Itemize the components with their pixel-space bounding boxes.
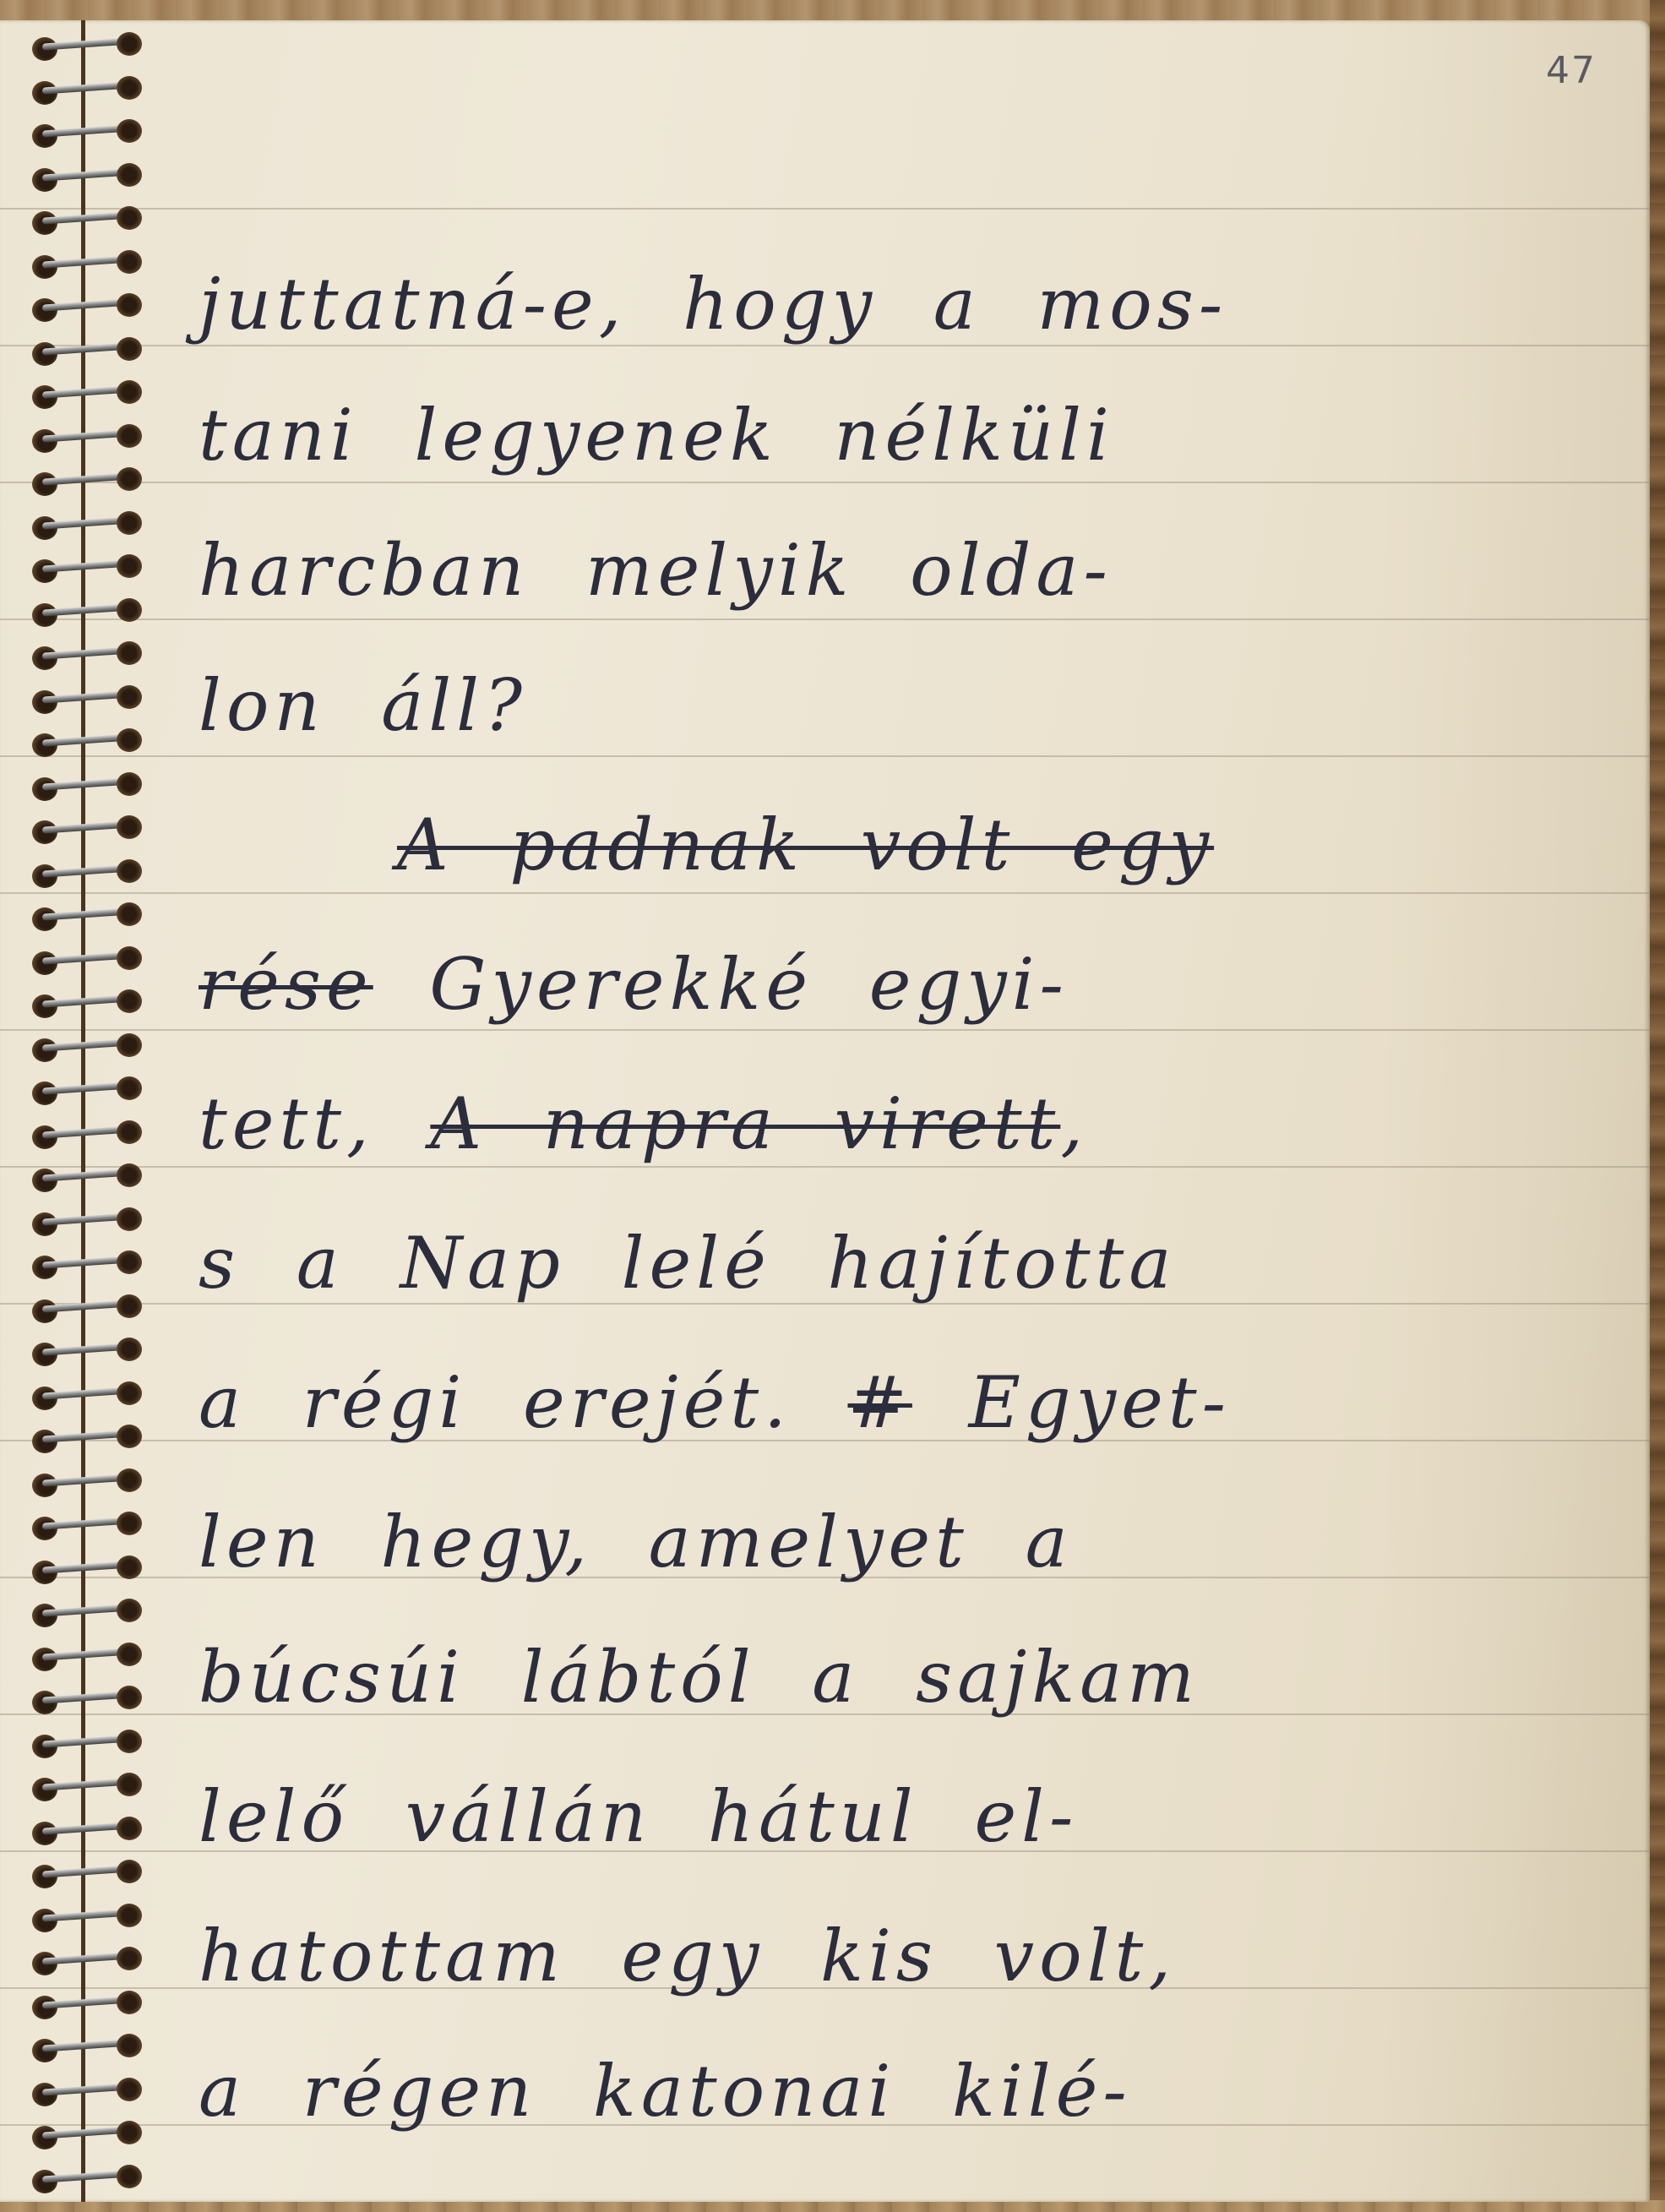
spiral-ring-icon	[32, 1994, 142, 2019]
spiral-ring-icon	[32, 689, 142, 714]
handwritten-word: len hegy, amelyet a	[199, 1501, 1073, 1583]
spiral-ring-icon	[32, 384, 142, 409]
punch-hole	[117, 2034, 142, 2057]
struck-through-text: A padnak volt egy	[397, 804, 1214, 886]
punch-hole	[117, 76, 142, 100]
spiral-ring-icon	[32, 253, 142, 279]
handwritten-word: hatottam egy kis volt,	[199, 1915, 1176, 1997]
punch-hole	[117, 1512, 142, 1535]
spiral-ring-icon	[32, 341, 142, 366]
spiral-ring-icon	[32, 602, 142, 627]
spiral-ring-icon	[32, 35, 142, 61]
handwritten-word: Egyet-	[912, 1361, 1231, 1444]
punch-hole	[117, 1773, 142, 1796]
punch-hole	[117, 815, 142, 839]
wooden-table-bottom-edge	[0, 2200, 1665, 2212]
spiral-ring-icon	[32, 1776, 142, 1801]
spiral-ring-icon	[32, 1515, 142, 1540]
handwritten-line: tett, A napra virett,	[199, 1060, 1584, 1187]
spiral-ring-icon	[32, 1559, 142, 1584]
spiral-ring-icon	[32, 1907, 142, 1932]
spiral-ring-icon	[32, 515, 142, 540]
spiral-ring-icon	[32, 1863, 142, 1888]
spiral-ring-icon	[32, 1167, 142, 1192]
punch-hole	[117, 206, 142, 230]
punch-hole	[117, 1468, 142, 1492]
spiral-ring-icon	[32, 1602, 142, 1627]
punch-hole	[117, 1338, 142, 1361]
punch-hole	[117, 1120, 142, 1144]
wooden-table-right-edge	[1650, 0, 1665, 2212]
spiral-ring-icon	[32, 1341, 142, 1366]
punch-hole	[117, 1643, 142, 1666]
spiral-ring-icon	[32, 79, 142, 105]
spiral-ring-icon	[32, 993, 142, 1018]
handwritten-word: a régi erejét.	[199, 1361, 847, 1444]
punch-hole	[117, 119, 142, 143]
spiral-ring-icon	[32, 1211, 142, 1236]
spiral-ring-icon	[32, 297, 142, 322]
handwritten-word: juttatná-e, hogy a mos-	[199, 263, 1227, 346]
spiral-ring-icon	[32, 863, 142, 888]
spiral-ring-icon	[32, 1080, 142, 1105]
spiral-ring-icon	[32, 1733, 142, 1758]
handwritten-line: lon áll?	[199, 642, 1584, 769]
spiral-ring-icon	[32, 1646, 142, 1671]
spiral-ring-icon	[32, 1950, 142, 1975]
punch-hole	[117, 728, 142, 752]
handwritten-line: A padnak volt egy	[397, 782, 1665, 908]
punch-hole	[117, 946, 142, 970]
punch-hole	[117, 1294, 142, 1318]
punch-hole	[117, 1904, 142, 1927]
spiral-ring-icon	[32, 123, 142, 148]
punch-hole	[117, 293, 142, 317]
punch-hole	[117, 1817, 142, 1840]
spiral-ring-icon	[32, 558, 142, 583]
spiral-ring-icon	[32, 166, 142, 192]
punch-hole	[117, 1686, 142, 1709]
handwritten-word: Gyerekké egyi-	[373, 943, 1069, 1026]
spiral-ring-icon	[32, 471, 142, 496]
punch-hole	[117, 1599, 142, 1622]
punch-hole	[117, 1730, 142, 1753]
spiral-ring-icon	[32, 1820, 142, 1845]
spiral-ring-icon	[32, 1472, 142, 1497]
punch-hole	[117, 337, 142, 361]
spiral-ring-icon	[32, 1037, 142, 1062]
punch-hole	[117, 598, 142, 622]
punch-hole	[117, 32, 142, 56]
spiral-ring-icon	[32, 1689, 142, 1714]
handwritten-word: a régen katonai kilé-	[199, 2050, 1132, 2133]
punch-hole	[117, 424, 142, 448]
punch-hole	[117, 1947, 142, 1970]
struck-through-text: #	[847, 1361, 911, 1444]
handwritten-line: búcsúi lábtól a sajkam	[199, 1614, 1584, 1741]
handwritten-line: s a Nap lelé hajította	[199, 1200, 1584, 1327]
struck-through-text: rése	[199, 943, 373, 1026]
punch-hole	[117, 554, 142, 578]
punch-hole	[117, 2121, 142, 2144]
punch-hole	[117, 1033, 142, 1057]
handwritten-word: lon áll?	[199, 664, 527, 747]
spiral-ring-icon	[32, 819, 142, 844]
punch-hole	[117, 859, 142, 883]
spiral-ring-icon	[32, 428, 142, 453]
handwritten-word: tett,	[199, 1082, 430, 1165]
handwritten-line: hatottam egy kis volt,	[199, 1893, 1584, 2019]
spiral-ring-icon	[32, 645, 142, 670]
spiral-ring-icon	[32, 1428, 142, 1453]
spiral-ring-icon	[32, 2081, 142, 2106]
punch-hole	[117, 2078, 142, 2101]
punch-hole	[117, 163, 142, 187]
punch-hole	[117, 1207, 142, 1231]
spiral-ring-icon	[32, 210, 142, 235]
spiral-binding-icon	[32, 20, 142, 2202]
spiral-ring-icon	[32, 1254, 142, 1279]
punch-hole	[117, 1425, 142, 1448]
spiral-ring-icon	[32, 950, 142, 975]
punch-hole	[117, 1555, 142, 1579]
page-number: 47	[1546, 49, 1597, 92]
punch-hole	[117, 1076, 142, 1100]
handwritten-line: lelő vállán hátul el-	[199, 1753, 1584, 1880]
punch-hole	[117, 467, 142, 491]
punch-hole	[117, 641, 142, 665]
punch-hole	[117, 1860, 142, 1883]
handwritten-line: harcban melyik olda-	[199, 507, 1584, 634]
spiral-ring-icon	[32, 2168, 142, 2193]
handwritten-word: búcsúi lábtól a sajkam	[199, 1636, 1200, 1719]
handwritten-word: tani legyenek nélküli	[199, 394, 1114, 477]
handwritten-line: tani legyenek nélküli	[199, 372, 1584, 499]
handwritten-line: len hegy, amelyet a	[199, 1479, 1584, 1605]
handwritten-word: harcban melyik olda-	[199, 529, 1113, 612]
punch-hole	[117, 1250, 142, 1274]
spiral-ring-icon	[32, 1298, 142, 1323]
punch-hole	[117, 772, 142, 796]
punch-hole	[117, 902, 142, 926]
spiral-ring-icon	[32, 1385, 142, 1410]
punch-hole	[117, 989, 142, 1013]
punch-hole	[117, 511, 142, 535]
spiral-ring-icon	[32, 906, 142, 931]
handwritten-line: a régi erejét. # Egyet-	[199, 1339, 1584, 1466]
punch-hole	[117, 1163, 142, 1187]
punch-hole	[117, 685, 142, 709]
spiral-ring-icon	[32, 732, 142, 757]
punch-hole	[117, 250, 142, 274]
handwritten-line: rése Gyerekké egyi-	[199, 921, 1584, 1048]
struck-through-text: A napra virett	[430, 1082, 1060, 1165]
handwritten-word: lelő vállán hátul el-	[199, 1775, 1078, 1858]
spiral-ring-icon	[32, 2124, 142, 2149]
punch-hole	[117, 1991, 142, 2014]
spiral-ring-icon	[32, 776, 142, 801]
punch-hole	[117, 1381, 142, 1405]
spiral-ring-icon	[32, 1124, 142, 1149]
punch-hole	[117, 2165, 142, 2188]
punch-hole	[117, 380, 142, 404]
handwritten-word: ,	[1060, 1082, 1088, 1165]
spiral-ring-icon	[32, 2037, 142, 2062]
handwritten-word: s a Nap lelé hajította	[199, 1222, 1177, 1305]
ruled-line	[0, 208, 1650, 210]
handwritten-line: a régen katonai kilé-	[199, 2028, 1584, 2155]
handwritten-line: juttatná-e, hogy a mos-	[199, 241, 1584, 368]
